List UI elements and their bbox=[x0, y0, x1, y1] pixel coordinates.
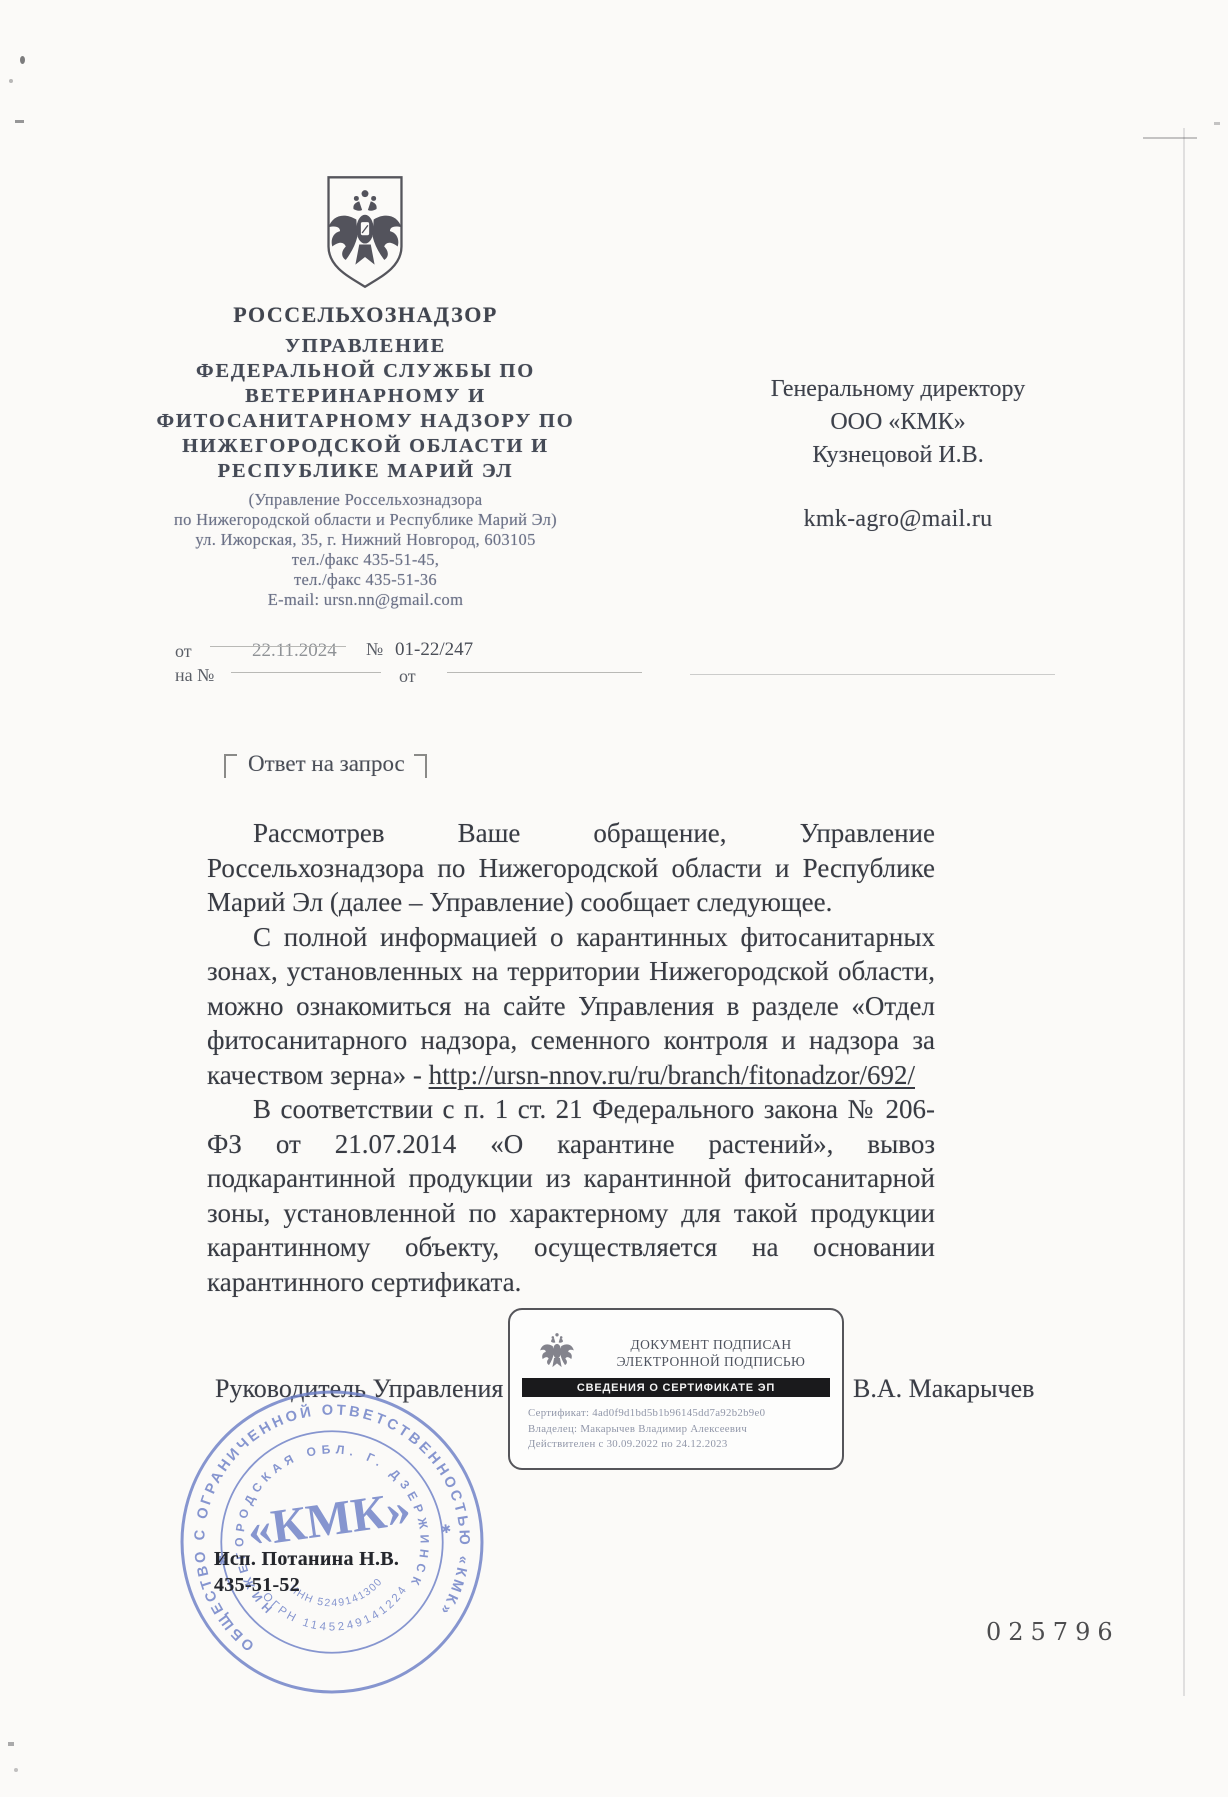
subject-line: Ответ на запрос bbox=[224, 751, 427, 778]
scan-speck bbox=[20, 56, 25, 64]
corner-bracket-left-icon bbox=[224, 754, 237, 778]
org-address-lines: (Управление Россельхознадзора по Нижегор… bbox=[143, 490, 588, 610]
scan-speck bbox=[9, 79, 13, 83]
scanned-letter-page: РОССЕЛЬХОЗНАДЗОР УПРАВЛЕНИЕ ФЕДЕРАЛЬНОЙ … bbox=[0, 0, 1228, 1797]
double-headed-eagle-icon bbox=[317, 172, 413, 294]
ep-title-line2: ЭЛЕКТРОННОЙ ПОДПИСЬЮ bbox=[588, 1353, 834, 1370]
coat-of-arms-emblem bbox=[317, 172, 413, 294]
ep-title-line1: ДОКУМЕНТ ПОДПИСАН bbox=[588, 1336, 834, 1353]
round-stamp-icon: ОБЩЕСТВО С ОГРАНИЧЕННОЙ ОТВЕТСТВЕННОСТЬЮ… bbox=[156, 1366, 508, 1718]
dept-line: НИЖЕГОРОДСКОЙ ОБЛАСТИ И bbox=[143, 434, 588, 459]
scan-speck bbox=[8, 1742, 14, 1746]
ref-reply-from-label: от bbox=[399, 666, 416, 687]
body-paragraph-1: Рассмотрев Ваше обращение, Управление Ро… bbox=[207, 816, 935, 920]
address-line: по Нижегородской области и Республике Ма… bbox=[143, 510, 588, 530]
ep-title: ДОКУМЕНТ ПОДПИСАН ЭЛЕКТРОННОЙ ПОДПИСЬЮ bbox=[588, 1336, 834, 1370]
ref-underline bbox=[231, 672, 381, 673]
scan-speck bbox=[15, 120, 24, 123]
scan-edge-line bbox=[1183, 128, 1185, 1696]
ep-cert-number: Сертификат: 4ad0f9d1bd5b1b96145dd7a92b2b… bbox=[528, 1406, 765, 1422]
ep-cert-validity: Действителен с 30.09.2022 по 24.12.2023 bbox=[528, 1437, 765, 1453]
dept-line: УПРАВЛЕНИЕ bbox=[143, 334, 588, 359]
ref-reply-label: на № bbox=[175, 665, 214, 686]
scan-speck bbox=[14, 1768, 18, 1772]
company-round-stamp: ОБЩЕСТВО С ОГРАНИЧЕННОЙ ОТВЕТСТВЕННОСТЬЮ… bbox=[156, 1366, 508, 1718]
org-department-lines: УПРАВЛЕНИЕ ФЕДЕРАЛЬНОЙ СЛУЖБЫ ПО ВЕТЕРИН… bbox=[143, 334, 588, 484]
ref-number-sign: № bbox=[366, 639, 383, 660]
recipient-line: ООО «КМК» bbox=[723, 406, 1073, 439]
dept-line: ФЕДЕРАЛЬНОЙ СЛУЖБЫ ПО bbox=[143, 359, 588, 384]
dept-line: РЕСПУБЛИКЕ МАРИЙ ЭЛ bbox=[143, 459, 588, 484]
body-link-url: http://ursn-nnov.ru/ru/branch/fitonadzor… bbox=[429, 1060, 915, 1090]
address-line: E-mail: ursn.nn@gmail.com bbox=[143, 590, 588, 610]
recipient-line: Генеральному директору bbox=[723, 373, 1073, 406]
ref-underline bbox=[210, 646, 346, 647]
ref-from-label: от bbox=[175, 641, 192, 662]
ref-underline bbox=[447, 672, 642, 673]
corner-bracket-right-icon bbox=[414, 754, 427, 778]
electronic-signature-stamp: ДОКУМЕНТ ПОДПИСАН ЭЛЕКТРОННОЙ ПОДПИСЬЮ С… bbox=[508, 1308, 844, 1470]
subject-text: Ответ на запрос bbox=[248, 751, 405, 777]
recipient-line: Кузнецовой И.В. bbox=[723, 439, 1073, 472]
ref-date: 22.11.2024 bbox=[252, 640, 337, 662]
scan-speck bbox=[1214, 122, 1220, 125]
address-line: (Управление Россельхознадзора bbox=[143, 490, 588, 510]
signature-name: В.А. Макарычев bbox=[853, 1374, 1034, 1404]
dept-line: ВЕТЕРИНАРНОМУ И bbox=[143, 384, 588, 409]
stamp-texts: ОБЩЕСТВО С ОГРАНИЧЕННОЙ ОТВЕТСТВЕННОСТЬЮ… bbox=[174, 1382, 485, 1659]
org-name: РОССЕЛЬХОЗНАДЗОР bbox=[143, 302, 588, 328]
recipient-email: kmk-agro@mail.ru bbox=[723, 503, 1073, 536]
ep-cert-owner: Владелец: Макарычев Владимир Алексеевич bbox=[528, 1422, 765, 1438]
address-line: тел./факс 435-51-36 bbox=[143, 570, 588, 590]
scan-dash bbox=[1143, 137, 1197, 139]
address-line: ул. Ижорская, 35, г. Нижний Новгород, 60… bbox=[143, 530, 588, 550]
ep-eagle-icon bbox=[536, 1326, 578, 1378]
recipient-block: Генеральному директору ООО «КМК» Кузнецо… bbox=[723, 373, 1073, 536]
address-line: тел./факс 435-51-45, bbox=[143, 550, 588, 570]
body-paragraph-2: С полной информацией о карантинных фитос… bbox=[207, 920, 935, 1093]
letter-body: Рассмотрев Ваше обращение, Управление Ро… bbox=[207, 816, 935, 1299]
letterhead: РОССЕЛЬХОЗНАДЗОР УПРАВЛЕНИЕ ФЕДЕРАЛЬНОЙ … bbox=[143, 302, 588, 610]
executor-phone: 435-51-52 bbox=[214, 1572, 399, 1598]
dept-line: ФИТОСАНИТАРНОМУ НАДЗОРУ ПО bbox=[143, 409, 588, 434]
body-paragraph-3: В соответствии с п. 1 ст. 21 Федеральног… bbox=[207, 1092, 935, 1299]
ref-underline bbox=[690, 674, 1055, 675]
executor-name: Исп. Потанина Н.В. bbox=[214, 1546, 399, 1572]
stamp-star-right: ✱ bbox=[440, 1521, 452, 1536]
ep-certificate-details: Сертификат: 4ad0f9d1bd5b1b96145dd7a92b2b… bbox=[528, 1406, 765, 1453]
executor-block: Исп. Потанина Н.В. 435-51-52 bbox=[214, 1546, 399, 1598]
ep-certificate-bar: СВЕДЕНИЯ О СЕРТИФИКАТЕ ЭП bbox=[522, 1378, 830, 1397]
ref-number: 01-22/247 bbox=[395, 639, 473, 661]
page-number-stamp: 025796 bbox=[986, 1618, 1120, 1646]
